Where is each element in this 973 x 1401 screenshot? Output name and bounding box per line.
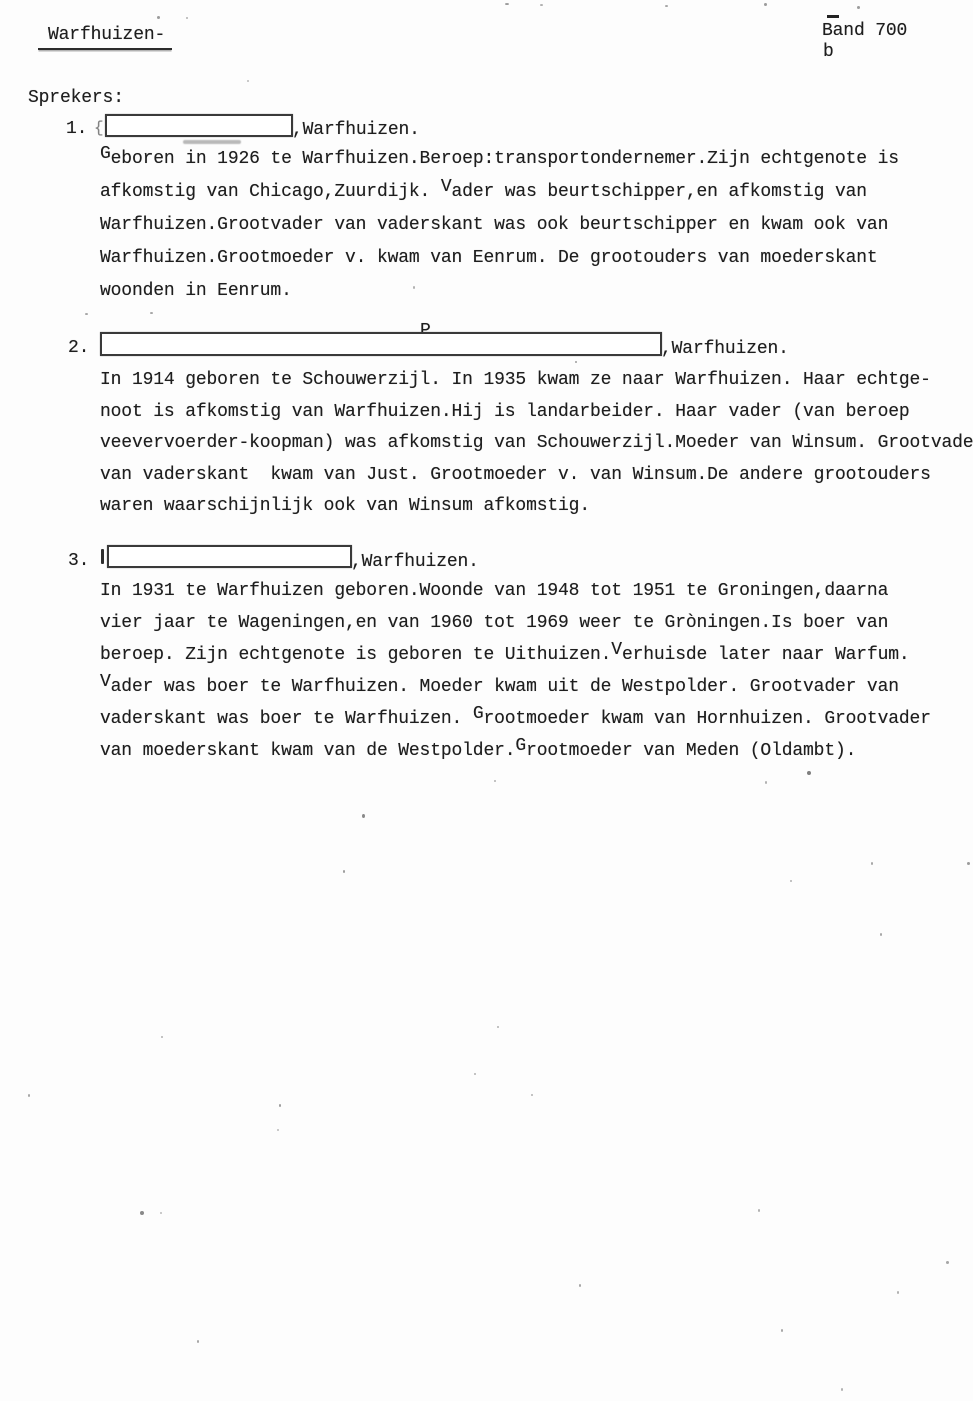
text-line: van moederskant kwam van de Westpolder.G… bbox=[100, 736, 931, 768]
scan-noise-speck bbox=[362, 814, 365, 818]
speaker-2-redacted-name-box bbox=[100, 332, 662, 356]
text-line: veevervoerder-koopman) was afkomstig van… bbox=[100, 428, 973, 460]
scanned-document-page: Warfhuizen- Band 700 b Sprekers: 1. { ,W… bbox=[0, 0, 973, 1401]
scan-noise-speck bbox=[880, 933, 882, 936]
scan-noise-speck bbox=[277, 1129, 279, 1131]
text-line: beroep. Zijn echtgenote is geboren te Ui… bbox=[100, 640, 931, 672]
scan-noise-speck bbox=[474, 1073, 476, 1075]
text-line: Vader was boer te Warfhuizen. Moeder kwa… bbox=[100, 672, 931, 704]
text-line: Warfhuizen.Grootvader van vaderskant was… bbox=[100, 209, 899, 242]
scan-noise-speck bbox=[160, 1212, 162, 1214]
scan-noise-speck bbox=[765, 781, 767, 784]
scan-noise-speck bbox=[857, 6, 860, 9]
speaker-1-number: 1. bbox=[66, 119, 87, 139]
scan-noise-speck bbox=[871, 862, 873, 865]
text-line: van vaderskant kwam van Just. Grootmoede… bbox=[100, 460, 973, 492]
scan-noise-speck bbox=[575, 361, 577, 363]
scan-noise-speck bbox=[807, 771, 811, 775]
speaker-2-number: 2. bbox=[68, 338, 89, 358]
speaker-3-place: ,Warfhuizen. bbox=[351, 552, 479, 572]
speaker-3-redacted-name-box bbox=[107, 545, 352, 568]
speaker-1-place: ,Warfhuizen. bbox=[292, 120, 420, 140]
scan-noise-speck bbox=[157, 16, 160, 19]
scan-noise-speck bbox=[665, 5, 668, 7]
text-line: waren waarschijnlijk ook van Winsum afko… bbox=[100, 491, 973, 523]
speaker-3-paragraph: In 1931 te Warfhuizen geboren.Woonde van… bbox=[100, 576, 931, 767]
page-title: Warfhuizen- bbox=[38, 25, 172, 50]
scan-noise-speck bbox=[781, 1329, 783, 1332]
band-overline-mark bbox=[827, 15, 839, 18]
scan-noise-speck bbox=[150, 312, 153, 314]
scan-noise-speck bbox=[343, 870, 345, 873]
speaker-2-paragraph: In 1914 geboren te Schouwerzijl. In 1935… bbox=[100, 365, 973, 523]
scan-noise-speck bbox=[897, 1291, 899, 1294]
text-line: noot is afkomstig van Warfhuizen.Hij is … bbox=[100, 397, 973, 429]
text-line: In 1914 geboren te Schouwerzijl. In 1935… bbox=[100, 365, 973, 397]
scan-noise-speck bbox=[497, 1026, 499, 1028]
scan-noise-speck bbox=[790, 880, 792, 882]
text-line: woonden in Eenrum. bbox=[100, 275, 899, 308]
speaker-3-number: 3. bbox=[68, 551, 89, 571]
band-label: Band 700 bbox=[822, 21, 907, 41]
speaker-1-paragraph: Geboren in 1926 te Warfhuizen.Beroep:tra… bbox=[100, 143, 899, 308]
scan-noise-speck bbox=[161, 1036, 163, 1038]
scan-noise-speck bbox=[764, 3, 767, 6]
scan-noise-speck bbox=[841, 1388, 843, 1391]
scan-noise-speck bbox=[85, 313, 88, 315]
scan-noise-speck bbox=[531, 1094, 533, 1096]
scan-noise-speck bbox=[140, 1211, 144, 1215]
scan-noise-speck bbox=[494, 780, 496, 782]
text-line: Warfhuizen.Grootmoeder v. kwam van Eenru… bbox=[100, 242, 899, 275]
scan-noise-speck bbox=[413, 286, 415, 289]
stray-tick-mark bbox=[101, 549, 104, 564]
scan-noise-speck bbox=[579, 1284, 581, 1287]
scan-noise-speck bbox=[946, 1261, 949, 1264]
text-line: Geboren in 1926 te Warfhuizen.Beroep:tra… bbox=[100, 143, 899, 176]
band-sub-label: b bbox=[823, 42, 834, 62]
stray-brace-mark: { bbox=[94, 119, 103, 137]
scan-noise-speck bbox=[967, 862, 970, 865]
scan-noise-speck bbox=[758, 1209, 760, 1212]
text-line: vier jaar te Wageningen,en van 1960 tot … bbox=[100, 608, 931, 640]
scan-noise-speck bbox=[197, 1340, 199, 1343]
scan-noise-speck bbox=[279, 1104, 281, 1107]
speakers-heading: Sprekers: bbox=[28, 88, 124, 108]
text-line: afkomstig van Chicago,Zuurdijk. Vader wa… bbox=[100, 176, 899, 209]
scan-noise-speck bbox=[186, 17, 188, 19]
peeking-letter: P bbox=[420, 322, 436, 332]
text-line: In 1931 te Warfhuizen geboren.Woonde van… bbox=[100, 576, 931, 608]
scan-noise-speck bbox=[540, 4, 543, 6]
scan-noise-speck bbox=[247, 80, 249, 82]
scan-noise-speck bbox=[505, 3, 509, 5]
speaker-2-place: ,Warfhuizen. bbox=[661, 339, 789, 359]
speaker-1-redacted-name-box bbox=[105, 114, 293, 137]
scan-noise-speck bbox=[28, 1094, 30, 1097]
